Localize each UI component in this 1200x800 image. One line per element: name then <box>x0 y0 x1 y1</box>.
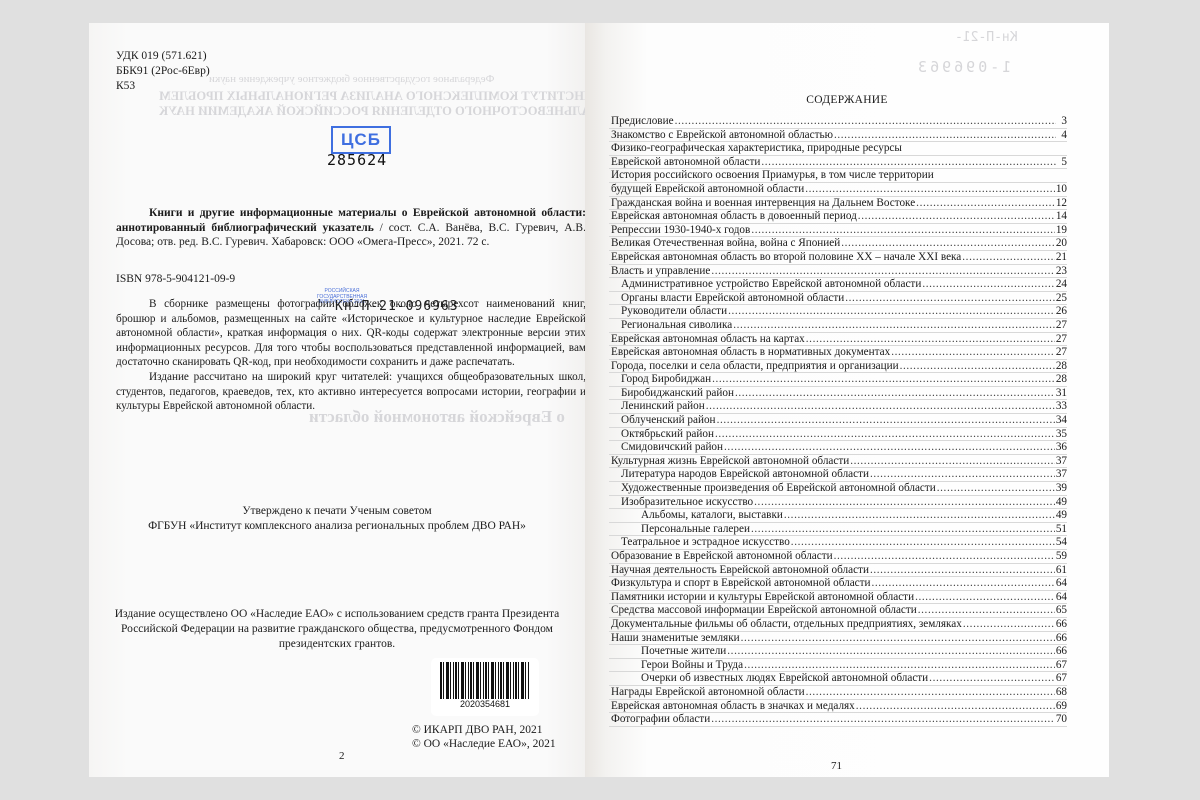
approval-line: Утверждено к печати Ученым советом <box>89 504 585 519</box>
toc-entry-title: Художественные произведения об Еврейской… <box>621 482 936 495</box>
toc-entry: Литература народов Еврейской автономной … <box>609 468 1067 482</box>
toc-entry: Памятники истории и культуры Еврейской а… <box>609 591 1067 605</box>
toc-entry-page: 14 <box>1056 210 1067 223</box>
toc-entry-page: 67 <box>1056 659 1067 672</box>
toc-entry: будущей Еврейской автономной области10 <box>609 183 1067 197</box>
copyright-line: © ИКАРП ДВО РАН, 2021 <box>412 723 556 737</box>
toc-leader-dots <box>715 428 1055 441</box>
grant-line: президентских грантов. <box>89 637 585 652</box>
toc-entry-title: Город Биробиджан <box>621 373 711 386</box>
toc-entry-page: 31 <box>1056 387 1067 400</box>
toc-entry-title: Изобразительное искусство <box>621 496 753 509</box>
barcode-icon <box>440 662 530 699</box>
toc-leader-dots <box>675 115 1056 128</box>
toc-entry-page: 12 <box>1056 197 1067 210</box>
toc-entry-page: 10 <box>1056 183 1067 196</box>
toc-entry-page: 27 <box>1056 319 1067 332</box>
toc-entry-title: Еврейская автономная область во второй п… <box>611 251 961 264</box>
toc-entry-title: Репрессии 1930-1940-х годов <box>611 224 750 237</box>
toc-entry-title: Литература народов Еврейской автономной … <box>621 468 869 481</box>
toc-entry-title: Ленинский район <box>621 400 705 413</box>
toc-leader-dots <box>845 292 1055 305</box>
toc-leader-dots <box>735 387 1055 400</box>
toc-leader-dots <box>711 713 1055 726</box>
toc-entry-page: 37 <box>1056 468 1067 481</box>
toc-entry-page: 25 <box>1056 292 1067 305</box>
udk-code: УДК 019 (571.621) <box>116 49 210 64</box>
toc-entry: Органы власти Еврейской автономной облас… <box>609 292 1067 306</box>
author-sign: К53 <box>116 79 210 94</box>
toc-entry-title: Знакомство с Еврейской автономной област… <box>611 129 833 142</box>
copyright-line: © ОО «Наследие ЕАО», 2021 <box>412 737 556 751</box>
toc-entry: Административное устройство Еврейской ав… <box>609 278 1067 292</box>
bleed-through-stamp: 1-096963 <box>915 58 1011 76</box>
toc-leader-dots <box>963 618 1055 631</box>
toc-entry-page: 33 <box>1056 400 1067 413</box>
toc-entry-title: Физико-географическая характеристика, пр… <box>611 142 902 155</box>
toc-entry-page: 67 <box>1056 672 1067 685</box>
barcode-label: 2020354681 <box>431 658 539 716</box>
toc-entry: Очерки об известных людях Еврейской авто… <box>609 672 1067 686</box>
toc-entry: Власть и управление23 <box>609 265 1067 279</box>
toc-entry-title: Предисловие <box>611 115 674 128</box>
toc-heading: СОДЕРЖАНИЕ <box>585 94 1109 106</box>
toc-leader-dots <box>784 509 1055 522</box>
toc-entry-title: Герои Войны и Труда <box>641 659 743 672</box>
table-of-contents: Предисловие3Знакомство с Еврейской автон… <box>609 115 1067 727</box>
toc-leader-dots <box>728 305 1055 318</box>
toc-entry-page: 37 <box>1056 455 1067 468</box>
toc-entry-title: Города, поселки и села области, предприя… <box>611 360 899 373</box>
toc-entry: Знакомство с Еврейской автономной област… <box>609 129 1067 143</box>
toc-leader-dots <box>706 400 1055 413</box>
toc-entry-page: 65 <box>1056 604 1067 617</box>
toc-entry: Еврейской автономной области5 <box>609 156 1067 170</box>
toc-entry-title: Еврейская автономная область в нормативн… <box>611 346 890 359</box>
toc-leader-dots <box>754 496 1055 509</box>
toc-entry-title: Очерки об известных людях Еврейской авто… <box>641 672 928 685</box>
toc-entry-page: 51 <box>1056 523 1067 536</box>
toc-leader-dots <box>858 210 1055 223</box>
toc-entry-page: 4 <box>1057 129 1067 142</box>
toc-entry-page: 68 <box>1056 686 1067 699</box>
bleed-through-text: ИНСТИТУТ КОМПЛЕКСНОГО АНАЛИЗА РЕГИОНАЛЬН… <box>159 89 594 104</box>
toc-entry: Документальные фильмы об области, отдель… <box>609 618 1067 632</box>
toc-leader-dots <box>741 632 1055 645</box>
bleed-through-text: Федеральное государственное бюджетное уч… <box>209 73 494 85</box>
toc-entry-title: Почетные жители <box>641 645 726 658</box>
toc-leader-dots <box>962 251 1055 264</box>
toc-entry: Физкультура и спорт в Еврейской автономн… <box>609 577 1067 591</box>
toc-entry: Еврейская автономная область в нормативн… <box>609 346 1067 360</box>
toc-entry: История российского освоения Приамурья, … <box>609 169 1067 183</box>
toc-entry-page: 23 <box>1056 265 1067 278</box>
toc-leader-dots <box>929 672 1055 685</box>
toc-entry-page: 24 <box>1056 278 1067 291</box>
toc-entry-title: Фотографии области <box>611 713 710 726</box>
toc-entry-page: 27 <box>1056 333 1067 346</box>
toc-entry: Еврейская автономная область на картах27 <box>609 333 1067 347</box>
toc-entry: Еврейская автономная область во второй п… <box>609 251 1067 265</box>
toc-leader-dots <box>937 482 1055 495</box>
copyright-block: © ИКАРП ДВО РАН, 2021 © ОО «Наследие ЕАО… <box>412 723 556 751</box>
toc-entry: Художественные произведения об Еврейской… <box>609 482 1067 496</box>
toc-entry-title: Облученский район <box>621 414 716 427</box>
toc-entry: Облученский район34 <box>609 414 1067 428</box>
barcode-number: 2020354681 <box>431 699 539 709</box>
toc-entry-title: Биробиджанский район <box>621 387 734 400</box>
toc-entry-page: 39 <box>1056 482 1067 495</box>
toc-leader-dots <box>870 468 1055 481</box>
toc-entry-page: 54 <box>1056 536 1067 549</box>
toc-leader-dots <box>841 237 1055 250</box>
toc-entry: Репрессии 1930-1940-х годов19 <box>609 224 1067 238</box>
toc-entry: Альбомы, каталоги, выставки49 <box>609 509 1067 523</box>
toc-leader-dots <box>834 129 1056 142</box>
toc-leader-dots <box>724 441 1055 454</box>
toc-entry-title: Физкультура и спорт в Еврейской автономн… <box>611 577 871 590</box>
toc-leader-dots <box>870 564 1055 577</box>
audience-paragraph: Издание рассчитано на широкий круг читат… <box>116 370 586 414</box>
toc-entry-title: Документальные фильмы об области, отдель… <box>611 618 962 631</box>
toc-entry-title: Руководители области <box>621 305 727 318</box>
toc-leader-dots <box>761 156 1056 169</box>
approval-institution: ФГБУН «Институт комплексного анализа рег… <box>89 519 585 534</box>
toc-entry: Физико-географическая характеристика, пр… <box>609 142 1067 156</box>
toc-entry: Фотографии области70 <box>609 713 1067 727</box>
toc-entry-title: Еврейской автономной области <box>611 156 760 169</box>
toc-entry-page: 19 <box>1056 224 1067 237</box>
toc-entry: Руководители области26 <box>609 305 1067 319</box>
toc-leader-dots <box>922 278 1055 291</box>
toc-entry-title: Культурная жизнь Еврейской автономной об… <box>611 455 849 468</box>
toc-entry-title: Региональная сиволика <box>621 319 732 332</box>
toc-entry: Научная деятельность Еврейской автономно… <box>609 564 1067 578</box>
toc-entry: Октябрьский район35 <box>609 428 1067 442</box>
toc-entry-page: 64 <box>1056 591 1067 604</box>
toc-entry: Города, поселки и села области, предприя… <box>609 360 1067 374</box>
toc-leader-dots <box>712 373 1055 386</box>
toc-entry: Еврейская автономная область в довоенный… <box>609 210 1067 224</box>
toc-entry-page: 69 <box>1056 700 1067 713</box>
toc-entry-page: 20 <box>1056 237 1067 250</box>
toc-leader-dots <box>751 224 1055 237</box>
toc-leader-dots <box>717 414 1055 427</box>
toc-entry-page: 66 <box>1056 632 1067 645</box>
toc-leader-dots <box>727 645 1055 658</box>
toc-entry: Биробиджанский район31 <box>609 387 1067 401</box>
handwritten-inventory-number: 285624 <box>327 151 387 169</box>
toc-leader-dots <box>916 197 1055 210</box>
toc-entry-page: 28 <box>1056 373 1067 386</box>
bibliographic-record: Книги и другие информационные материалы … <box>116 206 586 250</box>
toc-entry: Изобразительное искусство49 <box>609 496 1067 510</box>
bleed-through-stamp: Кн-П-21- <box>955 30 1018 45</box>
toc-entry: Великая Отечественная война, война с Япо… <box>609 237 1067 251</box>
toc-entry-page: 35 <box>1056 428 1067 441</box>
toc-entry-title: Наши знаменитые земляки <box>611 632 740 645</box>
toc-entry-page: 66 <box>1056 618 1067 631</box>
bbk-code: ББК91 (2Рос-6Евр) <box>116 64 210 79</box>
toc-entry-page: 21 <box>1056 251 1067 264</box>
toc-entry-page: 3 <box>1057 115 1067 128</box>
toc-entry-page: 66 <box>1056 645 1067 658</box>
toc-entry-page: 5 <box>1057 156 1067 169</box>
toc-entry: Награды Еврейской автономной области68 <box>609 686 1067 700</box>
toc-entry-title: Еврейская автономная область на картах <box>611 333 805 346</box>
toc-entry: Театральное и эстрадное искусство54 <box>609 536 1067 550</box>
toc-entry-page: 26 <box>1056 305 1067 318</box>
toc-entry: Город Биробиджан28 <box>609 373 1067 387</box>
toc-entry-title: Административное устройство Еврейской ав… <box>621 278 921 291</box>
approval-block: Утверждено к печати Ученым советом ФГБУН… <box>89 504 585 534</box>
toc-entry-page: 36 <box>1056 441 1067 454</box>
toc-entry-page: 61 <box>1056 564 1067 577</box>
bleed-through-text: ДАЛЬНЕВОСТОЧНОГО ОТДЕЛЕНИЯ РОССИЙСКОЙ АК… <box>159 104 599 119</box>
toc-entry-title: Еврейская автономная область в довоенный… <box>611 210 857 223</box>
toc-entry-page: 70 <box>1056 713 1067 726</box>
toc-entry: Средства массовой информации Еврейской а… <box>609 604 1067 618</box>
page-number: 71 <box>831 760 842 772</box>
toc-entry: Почетные жители66 <box>609 645 1067 659</box>
toc-entry-title: Альбомы, каталоги, выставки <box>641 509 783 522</box>
toc-leader-dots <box>751 523 1055 536</box>
toc-leader-dots <box>711 265 1055 278</box>
toc-entry: Региональная сиволика27 <box>609 319 1067 333</box>
grant-block: Издание осуществлено ОО «Наследие ЕАО» с… <box>89 607 585 652</box>
grant-line: Издание осуществлено ОО «Наследие ЕАО» с… <box>89 607 585 622</box>
toc-entry-title: Театральное и эстрадное искусство <box>621 536 790 549</box>
toc-leader-dots <box>900 360 1055 373</box>
toc-entry-page: 64 <box>1056 577 1067 590</box>
toc-entry-page: 28 <box>1056 360 1067 373</box>
toc-leader-dots <box>891 346 1055 359</box>
toc-entry-title: Научная деятельность Еврейской автономно… <box>611 564 869 577</box>
toc-entry-page: 27 <box>1056 346 1067 359</box>
toc-entry-page: 49 <box>1056 496 1067 509</box>
toc-entry-title: Гражданская война и военная интервенция … <box>611 197 915 210</box>
udk-bbk-block: УДК 019 (571.621) ББК91 (2Рос-6Евр) К53 <box>116 49 210 94</box>
toc-entry-title: Еврейская автономная область в значках и… <box>611 700 855 713</box>
toc-leader-dots <box>733 319 1055 332</box>
toc-entry: Герои Войны и Труда67 <box>609 659 1067 673</box>
toc-leader-dots <box>791 536 1055 549</box>
toc-entry-title: будущей Еврейской автономной области <box>611 183 804 196</box>
toc-leader-dots <box>806 686 1055 699</box>
toc-entry-title: Власть и управление <box>611 265 710 278</box>
toc-entry: Наши знаменитые земляки66 <box>609 632 1067 646</box>
toc-entry-page: 49 <box>1056 509 1067 522</box>
toc-leader-dots <box>744 659 1055 672</box>
toc-leader-dots <box>918 604 1055 617</box>
toc-leader-dots <box>915 591 1055 604</box>
toc-entry-title: Награды Еврейской автономной области <box>611 686 805 699</box>
toc-leader-dots <box>834 550 1055 563</box>
toc-entry-title: История российского освоения Приамурья, … <box>611 169 934 182</box>
toc-entry: Персональные галереи51 <box>609 523 1067 537</box>
toc-entry: Ленинский район33 <box>609 400 1067 414</box>
toc-entry-title: Персональные галереи <box>641 523 750 536</box>
grant-line: Российской Федерации на развитие граждан… <box>89 622 585 637</box>
toc-entry: Образование в Еврейской автономной облас… <box>609 550 1067 564</box>
annotation-paragraph: В сборнике размещены фотографии обложек … <box>116 297 586 370</box>
toc-entry: Культурная жизнь Еврейской автономной об… <box>609 455 1067 469</box>
page-number: 2 <box>339 750 345 762</box>
toc-entry-page: 59 <box>1056 550 1067 563</box>
toc-leader-dots <box>872 577 1055 590</box>
toc-entry-title: Органы власти Еврейской автономной облас… <box>621 292 844 305</box>
toc-entry-title: Средства массовой информации Еврейской а… <box>611 604 917 617</box>
toc-entry-title: Великая Отечественная война, война с Япо… <box>611 237 840 250</box>
toc-entry: Предисловие3 <box>609 115 1067 129</box>
right-page: Кн-П-21- 1-096963 СОДЕРЖАНИЕ Предисловие… <box>585 23 1109 777</box>
toc-leader-dots <box>806 333 1055 346</box>
toc-entry-title: Октябрьский район <box>621 428 714 441</box>
toc-leader-dots <box>850 455 1055 468</box>
toc-entry-title: Памятники истории и культуры Еврейской а… <box>611 591 914 604</box>
toc-leader-dots <box>805 183 1055 196</box>
toc-leader-dots <box>856 700 1055 713</box>
left-page: Федеральное государственное бюджетное уч… <box>89 23 585 777</box>
toc-entry: Смидовичский район36 <box>609 441 1067 455</box>
csb-stamp: ЦСБ <box>331 126 391 154</box>
isbn: ISBN 978-5-904121-09-9 <box>116 273 235 285</box>
toc-entry: Еврейская автономная область в значках и… <box>609 700 1067 714</box>
toc-entry-title: Смидовичский район <box>621 441 723 454</box>
toc-entry-title: Образование в Еврейской автономной облас… <box>611 550 833 563</box>
toc-entry-page: 34 <box>1056 414 1067 427</box>
toc-entry: Гражданская война и военная интервенция … <box>609 197 1067 211</box>
